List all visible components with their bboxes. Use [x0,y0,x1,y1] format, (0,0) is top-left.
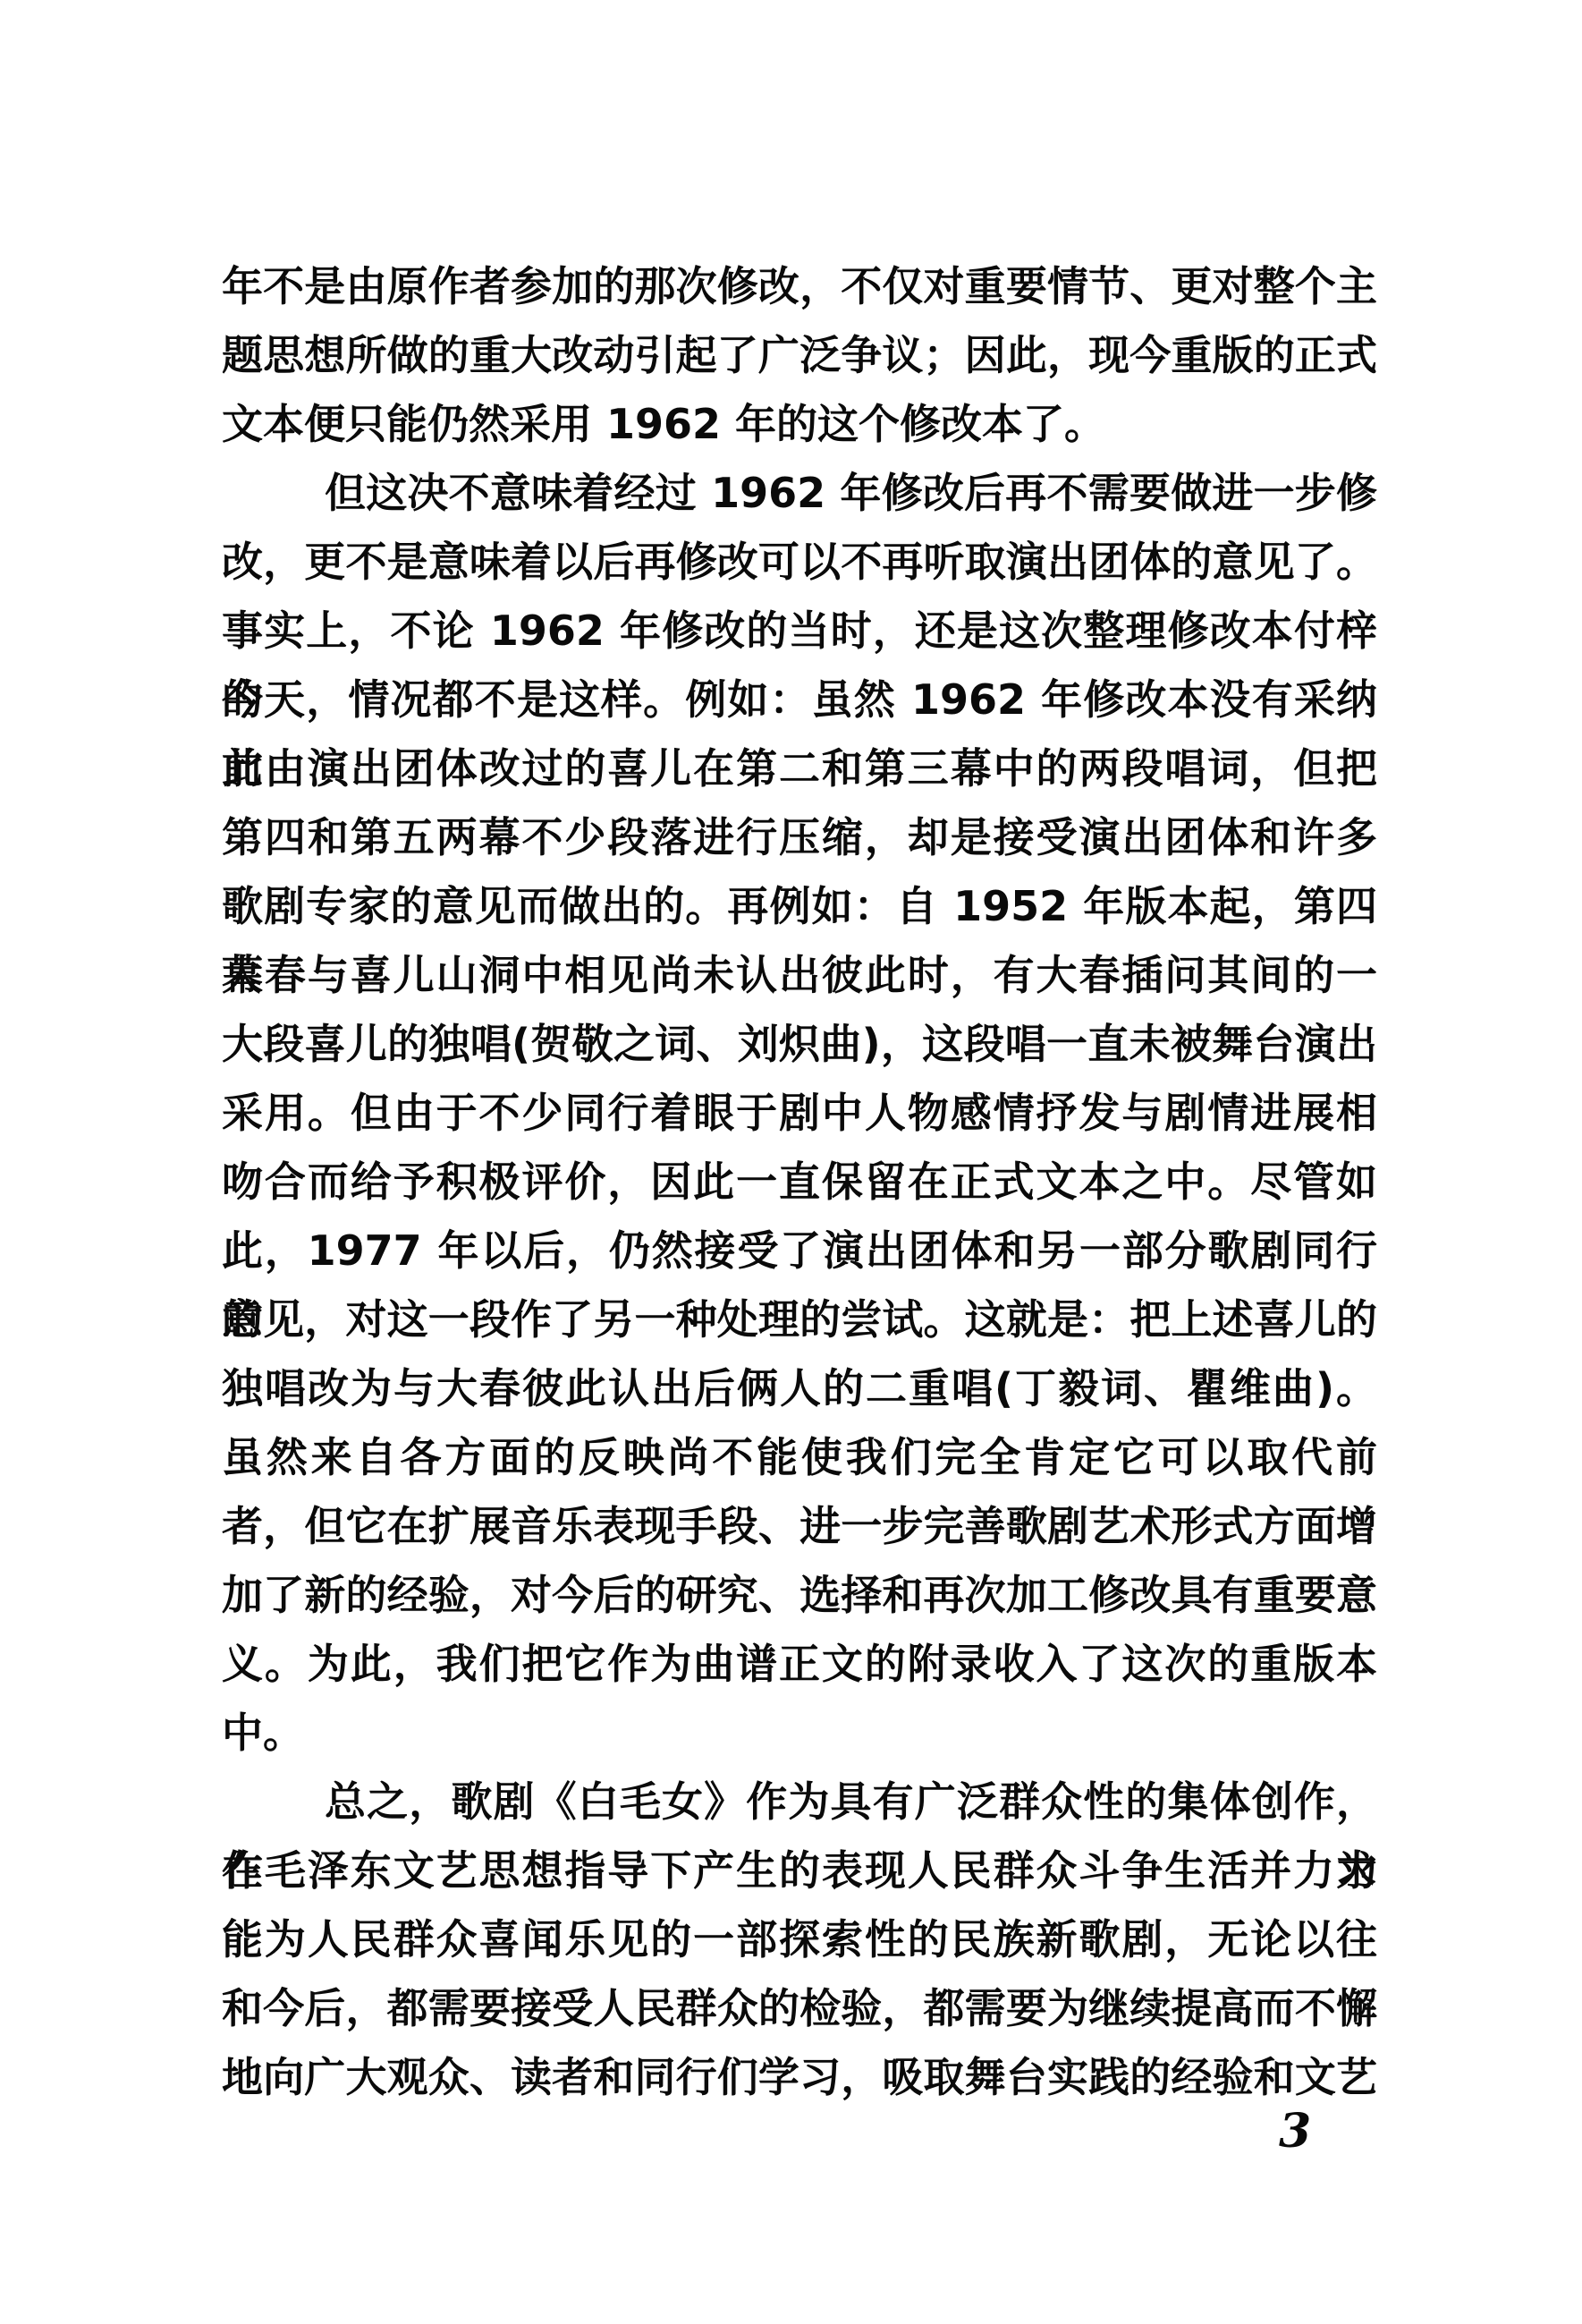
text-line: 中。 [222,1699,1377,1768]
text-line: 今天，情况都不是这样。例如：虽然 1962 年修改本没有采纳此 [222,666,1377,734]
text-line: 和今后，都需要接受人民群众的检验，都需要为继续提高而不懈 [222,1974,1377,2043]
text-line: 能为人民群众喜闻乐见的一部探索性的民族新歌剧，无论以往 [222,1905,1377,1974]
text-line: 者，但它在扩展音乐表现手段、进一步完善歌剧艺术形式方面增 [222,1492,1377,1561]
text-line: 意见，对这一段作了另一种处理的尝试。这就是：把上述喜儿的 [222,1285,1377,1354]
text-line: 地向广大观众、读者和同行们学习，吸取舞台实践的经验和文艺 [222,2043,1377,2112]
text-line: 采用。但由于不少同行着眼于剧中人物感情抒发与剧情进展相 [222,1079,1377,1148]
text-line: 第四和第五两幕不少段落进行压缩，却是接受演出团体和许多 [222,803,1377,872]
text-line: 前由演出团体改过的喜儿在第二和第三幕中的两段唱词，但把 [222,734,1377,803]
text-line: 大段喜儿的独唱(贺敬之词、刘炽曲)，这段唱一直未被舞台演出 [222,1010,1377,1079]
text-line: 大春与喜儿山洞中相见尚未认出彼此时，有大春插问其间的一 [222,941,1377,1010]
text-line: 改，更不是意味着以后再修改可以不再听取演出团体的意见了。 [222,528,1377,597]
text-line: 义。为此，我们把它作为曲谱正文的附录收入了这次的重版本 [222,1630,1377,1699]
page-number: 3 [1279,2104,1311,2159]
text-line: 事实上，不论 1962 年修改的当时，还是这次整理修改本付梓的 [222,597,1377,666]
text-line: 在毛泽东文艺思想指导下产生的表现人民群众斗争生活并力求 [222,1836,1377,1905]
text-line: 题思想所做的重大改动引起了广泛争议；因此，现今重版的正式 [222,321,1377,390]
text-line: 文本便只能仍然采用 1962 年的这个修改本了。 [222,390,1377,459]
text-line: 独唱改为与大春彼此认出后俩人的二重唱(丁毅词、瞿维曲)。 [222,1354,1377,1423]
text-line: 此，1977 年以后，仍然接受了演出团体和另一部分歌剧同行的 [222,1217,1377,1285]
text-line: 年不是由原作者参加的那次修改，不仅对重要情节、更对整个主 [222,252,1377,321]
text-line: 加了新的经验，对今后的研究、选择和再次加工修改具有重要意 [222,1561,1377,1630]
text-line: 总之，歌剧《白毛女》作为具有广泛群众性的集体创作，作为 [222,1768,1377,1836]
text-line: 歌剧专家的意见而做出的。再例如：自 1952 年版本起，第四幕 [222,872,1377,941]
text-block: 年不是由原作者参加的那次修改，不仅对重要情节、更对整个主 题思想所做的重大改动引… [222,252,1377,2112]
text-line: 但这决不意味着经过 1962 年修改后再不需要做进一步修 [222,459,1377,528]
text-line: 虽然来自各方面的反映尚不能使我们完全肯定它可以取代前 [222,1423,1377,1492]
text-line: 吻合而给予积极评价，因此一直保留在正式文本之中。尽管如 [222,1148,1377,1217]
document-page: 年不是由原作者参加的那次修改，不仅对重要情节、更对整个主 题思想所做的重大改动引… [0,0,1582,2324]
